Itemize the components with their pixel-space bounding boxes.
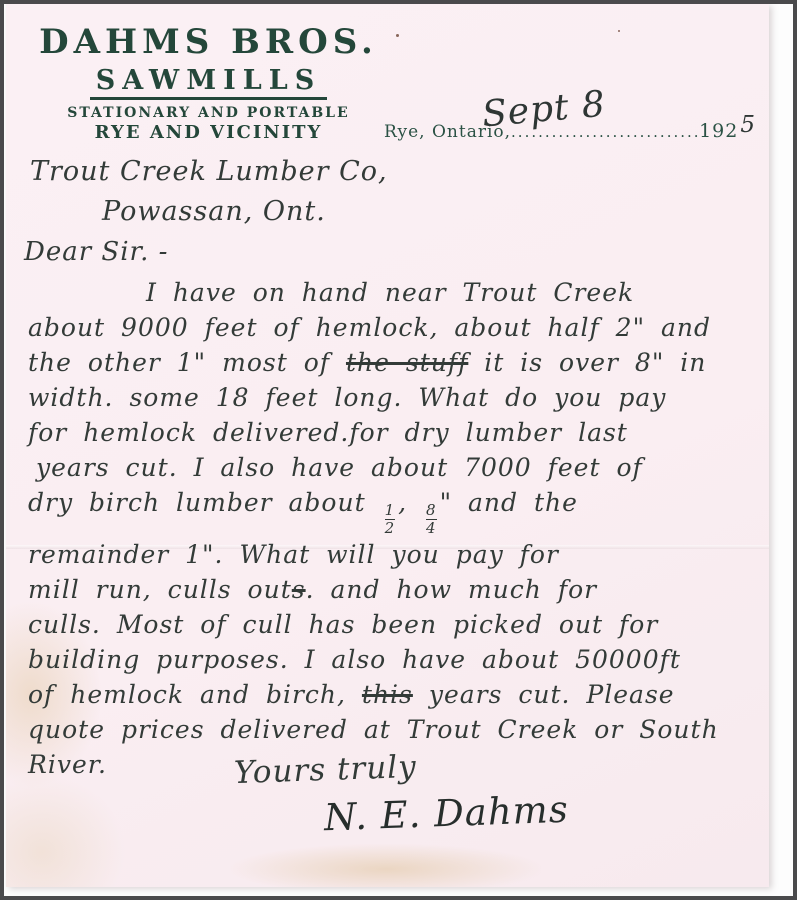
letterhead: DAHMS BROS. SAWMILLS STATIONARY AND PORT… [36,22,381,143]
letterhead-subline-1: STATIONARY AND PORTABLE [36,105,381,121]
letter-line: dry birch lumber about 12, 84" and the [28,485,756,537]
letter-line: remainder 1". What will you pay for [28,537,756,572]
letter-text: I have on hand near Trout Creek [146,278,634,307]
dateline: Rye, Ontario, ..........................… [384,117,756,143]
valediction: Yours truly [233,749,417,791]
letter-text: remainder 1". What will you pay for [28,540,559,569]
letter-text: culls. Most of cull has been picked out … [28,610,658,639]
letter-text: for hemlock delivered.for dry lumber las… [28,418,628,447]
scan-background: DAHMS BROS. SAWMILLS STATIONARY AND PORT… [4,4,793,896]
scanned-letter: DAHMS BROS. SAWMILLS STATIONARY AND PORT… [0,0,797,900]
letter-line: years cut. I also have about 7000 feet o… [28,450,756,485]
letter-line: for hemlock delivered.for dry lumber las… [28,415,756,450]
letter-line: of hemlock and birch, this years cut. Pl… [28,677,756,712]
struck-text: the stuff [346,348,468,377]
company-name: DAHMS BROS. [36,22,381,62]
division-name: SAWMILLS [90,65,327,100]
letter-line: about 9000 feet of hemlock, about half 2… [28,310,756,345]
letter-text: mill run, culls out [28,575,292,604]
letter-line: building purposes. I also have about 500… [28,642,756,677]
recipient-company: Trout Creek Lumber Co, [30,156,388,187]
paper-speck [618,30,620,32]
paper-speck [396,34,399,37]
letter-text: , [398,488,423,517]
letter-line: mill run, culls outs. and how much for [28,572,756,607]
paper-stain [6,774,126,887]
struck-text: s [292,575,306,604]
letter-line: culls. Most of cull has been picked out … [28,607,756,642]
letter-text: quote prices delivered at Trout Creek or… [28,715,719,744]
letter-line: I have on hand near Trout Creek [28,275,756,310]
letter-text: of hemlock and birch, [28,680,362,709]
letter-text: width. some 18 feet long. What do you pa… [28,383,666,412]
letter-text: " and the [440,488,578,517]
stacked-fraction: 84 [426,503,437,537]
stacked-fraction: 12 [385,503,396,537]
struck-text: this [362,680,413,709]
signature: N. E. Dahms [323,788,569,840]
handwritten-year-digit: 5 [740,112,756,138]
letter-text: dry birch lumber about [28,488,382,517]
letter-line: quote prices delivered at Trout Creek or… [28,712,756,747]
paper-stain [231,844,541,887]
letter-body: I have on hand near Trout Creekabout 900… [28,275,756,782]
letter-text: it is over 8" in [468,348,706,377]
salutation: Dear Sir. - [24,237,168,267]
letter-paper: DAHMS BROS. SAWMILLS STATIONARY AND PORT… [6,4,769,887]
letterhead-subline-2: RYE AND VICINITY [36,122,381,143]
printed-year: 192 [699,120,738,142]
letter-text: . and how much for [306,575,597,604]
letter-text: River. [28,750,107,779]
letter-text: the other 1" most of [28,348,346,377]
letter-text: years cut. Please [413,680,675,709]
letter-text: building purposes. I also have about 500… [28,645,681,674]
recipient-town: Powassan, Ont. [102,196,326,227]
letter-text: years cut. I also have about 7000 feet o… [36,453,643,482]
letter-line: width. some 18 feet long. What do you pa… [28,380,756,415]
letter-text: about 9000 feet of hemlock, about half 2… [28,313,711,342]
division-line: SAWMILLS [36,65,381,100]
letter-line: the other 1" most of the stuff it is ove… [28,345,756,380]
